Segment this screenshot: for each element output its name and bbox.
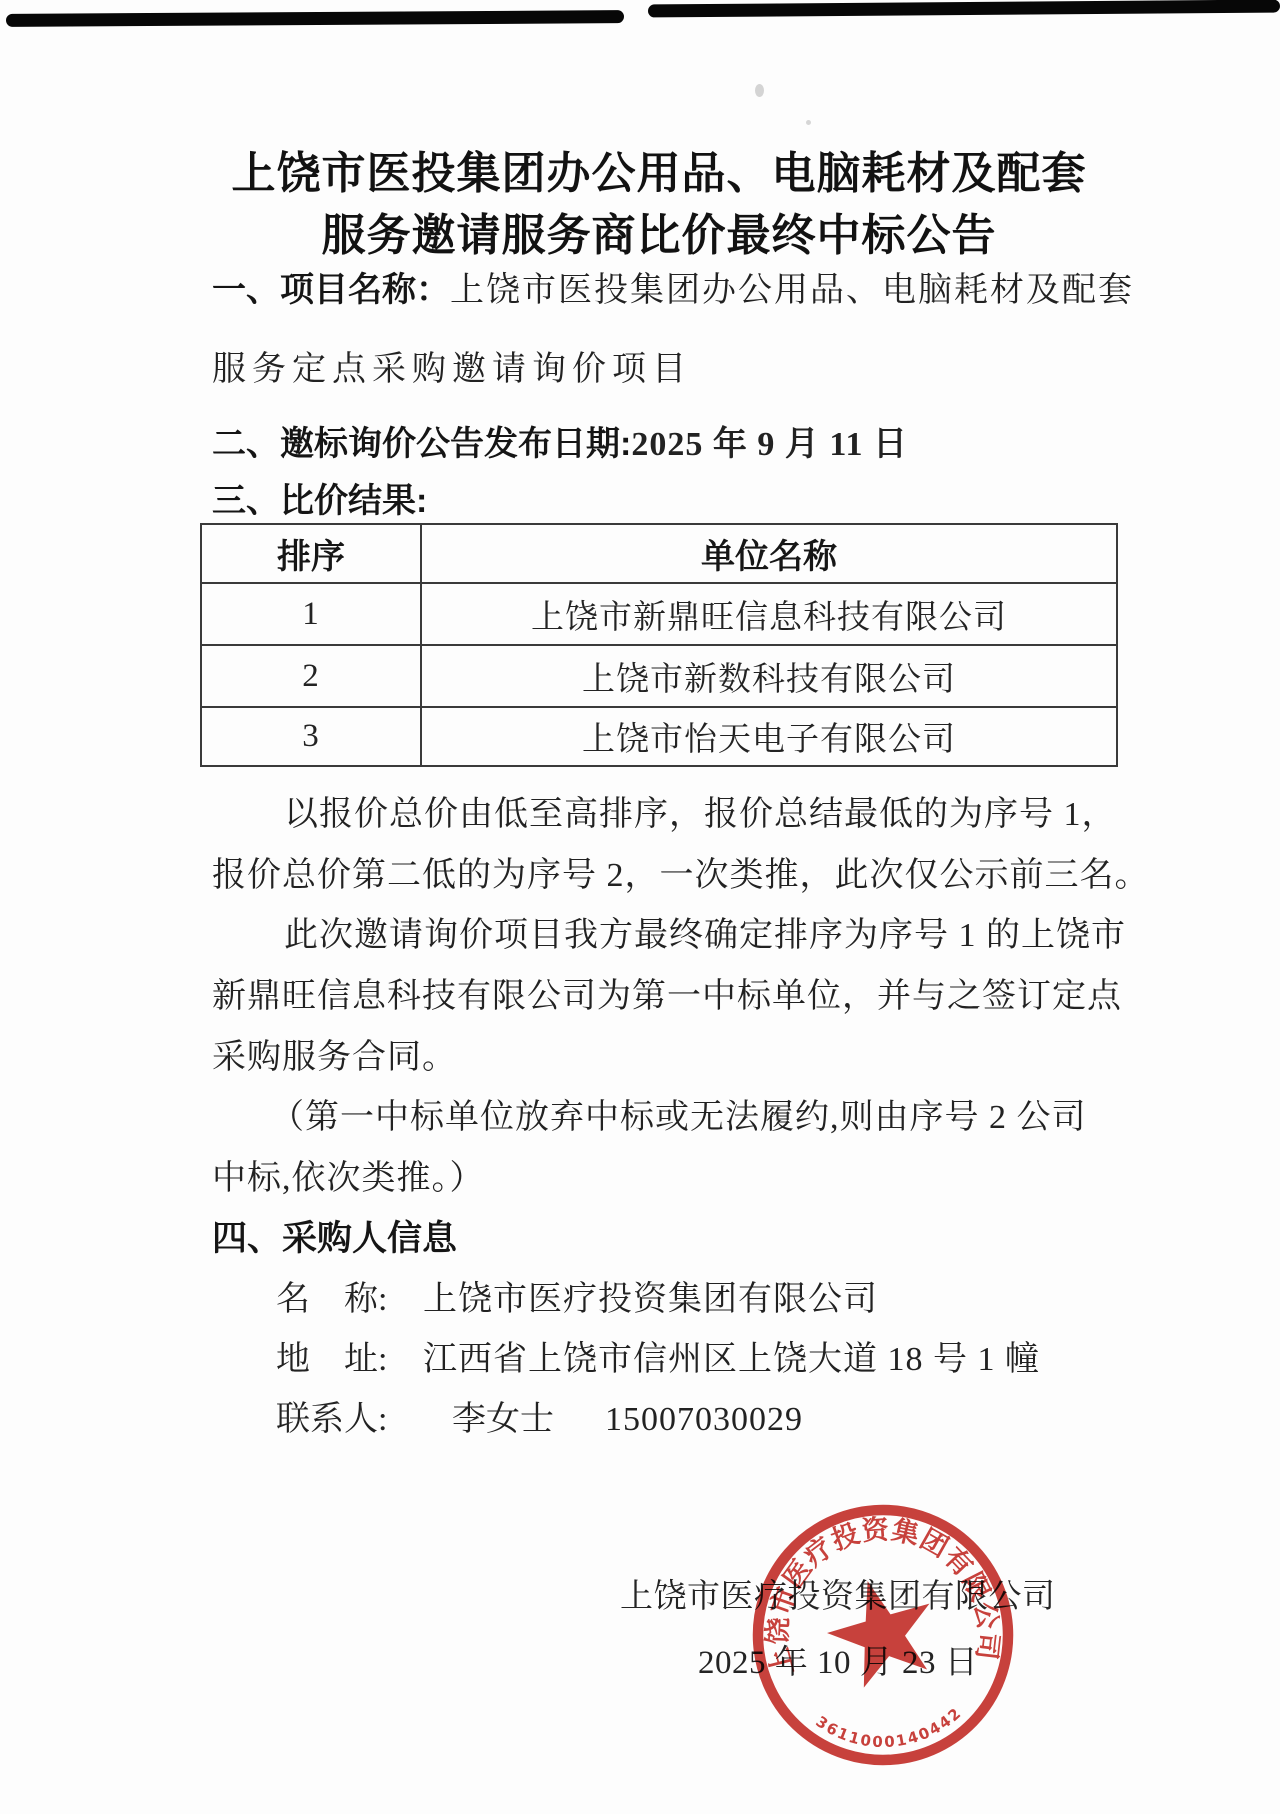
purchaser-address-value: 江西省上饶市信州区上饶大道 18 号 1 幢 xyxy=(423,1340,1040,1381)
section-purchaser-heading: 四、采购人信息 xyxy=(212,1218,457,1260)
table-header-rank: 排序 xyxy=(201,524,421,583)
paragraph-1-line-2: 报价总价第二低的为序号 2，一次类推，此次仅公示前三名。 xyxy=(212,856,1150,897)
purchaser-contact-phone: 15007030029 xyxy=(605,1400,803,1441)
section-1-label: 一、项目名称： xyxy=(212,271,450,309)
paragraph-1-line-1: 以报价总价由低至高排序，报价总结最低的为序号 1， xyxy=(284,795,1117,836)
table-row: 3 上饶市怡天电子有限公司 xyxy=(201,707,1117,766)
scan-artifact-bar-right xyxy=(648,0,1280,17)
section-project-name: 一、项目名称：上饶市医投集团办公用品、电脑耗材及配套 xyxy=(212,270,1134,312)
table-header-row: 排序 单位名称 xyxy=(201,524,1117,583)
paragraph-2-line-2: 新鼎旺信息科技有限公司为第一中标单位，并与之签订定点 xyxy=(212,977,1122,1018)
purchaser-contact-label: 联系人: xyxy=(276,1400,387,1441)
section-announce-date: 二、邀标询价公告发布日期:2025 年 9 月 11 日 xyxy=(212,424,908,466)
rank-cell: 2 xyxy=(201,645,421,707)
scan-dot xyxy=(806,120,811,125)
company-cell: 上饶市新数科技有限公司 xyxy=(421,645,1117,707)
official-seal: 上饶市医疗投资集团有限公司 3611000140442 xyxy=(730,1482,1035,1787)
paragraph-3-line-1: （第一中标单位放弃中标或无法履约,则由序号 2 公司 xyxy=(270,1098,1087,1139)
paragraph-3-line-2: 中标,依次类推。） xyxy=(212,1159,485,1200)
purchaser-name-value: 上饶市医疗投资集团有限公司 xyxy=(423,1280,878,1321)
seal-star xyxy=(824,1577,935,1690)
table-row: 1 上饶市新鼎旺信息科技有限公司 xyxy=(201,583,1117,645)
scan-speck xyxy=(755,84,764,97)
scan-artifact-bar-left xyxy=(6,10,624,27)
purchaser-contact-name: 李女士 xyxy=(452,1400,554,1441)
purchaser-address-label: 地 址: xyxy=(276,1340,387,1381)
table-header-company: 单位名称 xyxy=(421,524,1117,583)
company-cell: 上饶市新鼎旺信息科技有限公司 xyxy=(421,583,1117,645)
section-1-value: 上饶市医投集团办公用品、电脑耗材及配套 xyxy=(450,272,1134,309)
document-title-line-2: 服务邀请服务商比价最终中标公告 xyxy=(200,210,1118,263)
section-compare-result-heading: 三、比价结果: xyxy=(212,481,427,522)
table-row: 2 上饶市新数科技有限公司 xyxy=(201,645,1117,707)
section-2-label: 二、邀标询价公告发布日期: xyxy=(212,425,631,463)
ranking-table: 排序 单位名称 1 上饶市新鼎旺信息科技有限公司 2 上饶市新数科技有限公司 3… xyxy=(200,523,1118,767)
paragraph-2-line-1: 此次邀请询价项目我方最终确定排序为序号 1 的上饶市 xyxy=(284,916,1126,957)
rank-cell: 3 xyxy=(201,707,421,766)
section-1-continuation: 服务定点采购邀请询价项目 xyxy=(212,350,692,391)
paragraph-2-line-3: 采购服务合同。 xyxy=(212,1038,457,1079)
purchaser-name-label: 名 称: xyxy=(276,1280,387,1321)
document-title-line-1: 上饶市医投集团办公用品、电脑耗材及配套 xyxy=(200,148,1118,201)
section-2-date-value: 2025 年 9 月 11 日 xyxy=(631,426,908,463)
company-cell: 上饶市怡天电子有限公司 xyxy=(421,707,1117,766)
rank-cell: 1 xyxy=(201,583,421,645)
scanned-document-page: 上饶市医投集团办公用品、电脑耗材及配套 服务邀请服务商比价最终中标公告 一、项目… xyxy=(0,0,1280,1814)
